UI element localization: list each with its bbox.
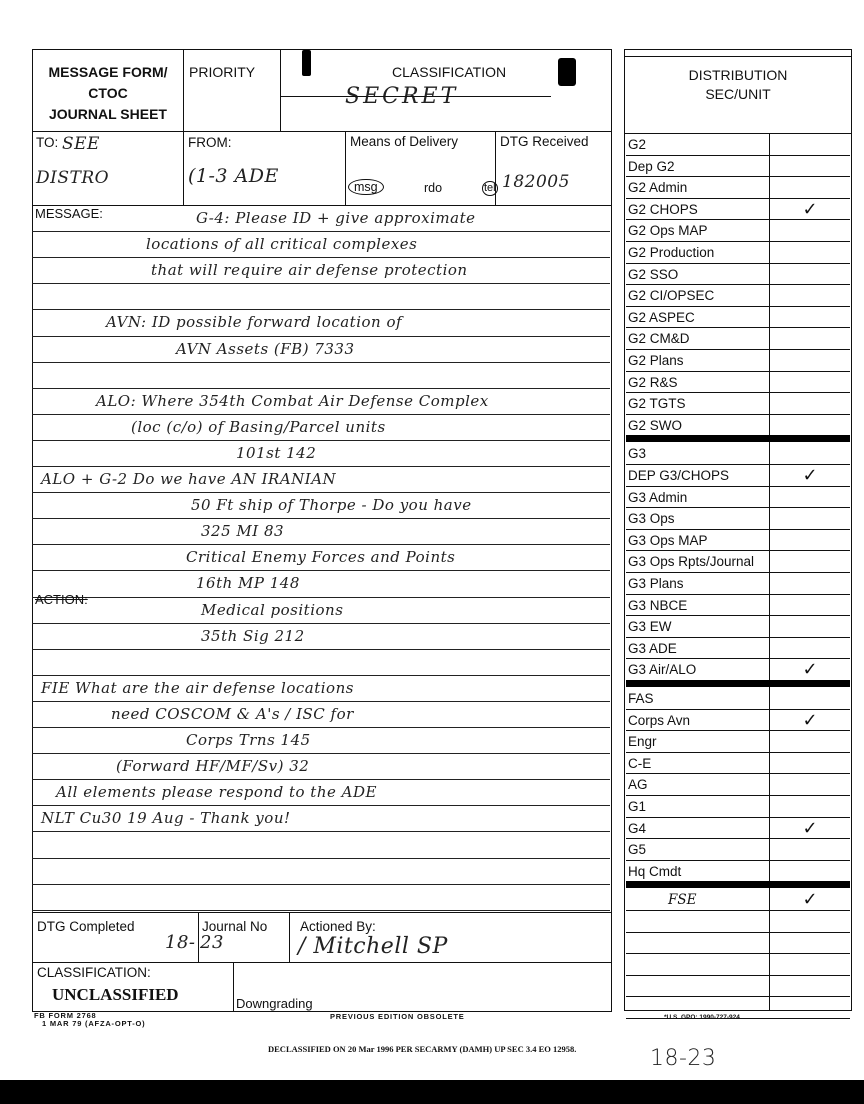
distribution-row[interactable]: G3 Ops bbox=[626, 508, 850, 530]
distribution-row[interactable]: C-E bbox=[626, 753, 850, 775]
distribution-row-label: FAS bbox=[628, 691, 654, 706]
distribution-row[interactable]: G3 Admin bbox=[626, 487, 850, 509]
checkmark-icon[interactable] bbox=[770, 997, 850, 1018]
distribution-row[interactable]: G2 ASPEC bbox=[626, 307, 850, 329]
distribution-header: DISTRIBUTION SEC/UNIT bbox=[626, 66, 850, 104]
message-line: FIE What are the air defense locations bbox=[41, 679, 354, 697]
message-rule bbox=[32, 779, 610, 780]
checkmark-icon[interactable] bbox=[770, 638, 850, 659]
message-line: 101st 142 bbox=[236, 444, 316, 462]
divider bbox=[280, 49, 281, 131]
distribution-row[interactable]: G2 TGTS bbox=[626, 393, 850, 415]
priority-label: PRIORITY bbox=[189, 64, 255, 80]
checkmark-icon[interactable] bbox=[770, 616, 850, 637]
distribution-row[interactable]: G2 Plans bbox=[626, 350, 850, 372]
message-line: All elements please respond to the ADE bbox=[56, 783, 377, 801]
group-separator bbox=[626, 881, 850, 888]
message-line: AVN: ID possible forward location of bbox=[106, 313, 402, 331]
message-rule bbox=[32, 570, 610, 571]
to-value: DISTRO bbox=[36, 168, 109, 188]
divider bbox=[233, 962, 234, 1012]
checkmark-icon[interactable] bbox=[770, 156, 850, 177]
message-label: MESSAGE: bbox=[35, 207, 103, 222]
checkmark-icon[interactable] bbox=[770, 443, 850, 464]
distribution-row-label: G1 bbox=[628, 799, 646, 814]
distribution-row[interactable]: G1 bbox=[626, 796, 850, 818]
divider bbox=[32, 962, 612, 963]
dtg-completed-value: 18- bbox=[165, 932, 196, 953]
means-rdo[interactable]: rdo bbox=[424, 181, 442, 195]
distribution-row[interactable]: G2 CI/OPSEC bbox=[626, 285, 850, 307]
checkmark-icon[interactable] bbox=[770, 861, 850, 882]
checkmark-icon[interactable] bbox=[770, 933, 850, 954]
message-rule bbox=[32, 283, 610, 284]
distribution-row-label: G3 Admin bbox=[628, 490, 687, 505]
distribution-row-label: G3 Ops bbox=[628, 511, 675, 526]
message-rule bbox=[32, 858, 610, 859]
distribution-row[interactable]: Corps Avn✓ bbox=[626, 710, 850, 732]
bottom-classification-value: UNCLASSIFIED bbox=[52, 985, 179, 1005]
message-rule bbox=[32, 362, 610, 363]
message-rule bbox=[32, 910, 610, 911]
divider bbox=[183, 49, 184, 205]
checkmark-icon[interactable] bbox=[770, 220, 850, 241]
message-rule bbox=[32, 492, 610, 493]
form-number: FB FORM 2768 1 MAR 79 (AFZA-OPT-O) bbox=[34, 1012, 145, 1028]
distribution-row-label: G3 NBCE bbox=[628, 598, 687, 613]
handwritten-number: 18-23 bbox=[650, 1046, 716, 1071]
distribution-row[interactable]: G3 NBCE bbox=[626, 595, 850, 617]
distribution-row-label: Hq Cmdt bbox=[628, 864, 681, 879]
form-title-line: CTOC bbox=[34, 83, 182, 104]
means-msg[interactable]: msg bbox=[348, 179, 384, 195]
distribution-row[interactable]: G2 R&S bbox=[626, 372, 850, 394]
message-rule bbox=[32, 727, 610, 728]
message-line: AVN Assets (FB) 7333 bbox=[176, 340, 355, 358]
redaction-mark bbox=[558, 58, 576, 86]
distribution-header-line: SEC/UNIT bbox=[626, 85, 850, 104]
checkmark-icon[interactable]: ✓ bbox=[770, 889, 850, 910]
distribution-row-label: G2 Ops MAP bbox=[628, 223, 708, 238]
message-rule bbox=[32, 388, 610, 389]
divider bbox=[32, 912, 612, 913]
distribution-row-label: G2 R&S bbox=[628, 375, 678, 390]
distribution-row-label: G2 CHOPS bbox=[628, 202, 698, 217]
message-rule bbox=[32, 884, 610, 885]
message-rule bbox=[32, 597, 610, 598]
message-line: locations of all critical complexes bbox=[146, 235, 417, 253]
message-line: ALO: Where 354th Combat Air Defense Comp… bbox=[96, 392, 489, 410]
message-line: (loc (c/o) of Basing/Parcel units bbox=[131, 418, 386, 436]
checkmark-icon[interactable] bbox=[770, 350, 850, 371]
checkmark-icon[interactable]: ✓ bbox=[770, 818, 850, 839]
distribution-row[interactable]: G2 SWO bbox=[626, 415, 850, 437]
message-rule bbox=[32, 544, 610, 545]
message-rule bbox=[32, 309, 610, 310]
classification-label: CLASSIFICATION bbox=[392, 64, 506, 80]
checkmark-icon[interactable] bbox=[770, 551, 850, 572]
checkmark-icon[interactable] bbox=[770, 839, 850, 860]
message-line: that will require air defense protection bbox=[151, 261, 468, 279]
checkmark-icon[interactable] bbox=[770, 753, 850, 774]
actioned-by-label: Actioned By: bbox=[300, 919, 376, 935]
form-title-line: JOURNAL SHEET bbox=[34, 104, 182, 125]
checkmark-icon[interactable] bbox=[770, 573, 850, 594]
message-rule bbox=[32, 414, 610, 415]
form-title: MESSAGE FORM/ CTOC JOURNAL SHEET bbox=[34, 62, 182, 125]
distribution-row[interactable] bbox=[626, 954, 850, 976]
distribution-row[interactable]: DEP G3/CHOPS✓ bbox=[626, 465, 850, 487]
message-line: G-4: Please ID + give approximate bbox=[196, 209, 476, 227]
distribution-row-label bbox=[628, 1000, 668, 1016]
from-label: FROM: bbox=[188, 135, 232, 151]
distribution-row[interactable]: G2 Ops MAP bbox=[626, 220, 850, 242]
distribution-row[interactable]: G2 CM&D bbox=[626, 328, 850, 350]
distribution-header-line: DISTRIBUTION bbox=[626, 66, 850, 85]
to-value: SEE bbox=[62, 134, 100, 154]
distribution-row-label: G2 TGTS bbox=[628, 396, 686, 411]
divider bbox=[624, 56, 852, 57]
checkmark-icon[interactable] bbox=[770, 328, 850, 349]
divider bbox=[198, 912, 199, 962]
dtg-received-label: DTG Received bbox=[500, 134, 589, 150]
checkmark-icon[interactable] bbox=[770, 177, 850, 198]
message-line: 50 Ft ship of Thorpe - Do you have bbox=[191, 496, 472, 514]
distribution-row[interactable]: G5 bbox=[626, 839, 850, 861]
action-label: ACTION: bbox=[35, 593, 88, 608]
distribution-row[interactable]: G2 CHOPS✓ bbox=[626, 199, 850, 221]
checkmark-icon[interactable] bbox=[770, 134, 850, 155]
checkmark-icon[interactable] bbox=[770, 595, 850, 616]
distribution-row-label: FSE bbox=[628, 892, 696, 908]
journal-no-value: 23 bbox=[200, 932, 224, 953]
scan-edge-bar bbox=[0, 1080, 864, 1104]
dtg-completed-label: DTG Completed bbox=[37, 919, 135, 935]
checkmark-icon[interactable]: ✓ bbox=[770, 199, 850, 220]
downgrading-label: Downgrading bbox=[236, 997, 313, 1012]
distribution-row[interactable] bbox=[626, 911, 850, 933]
checkmark-icon[interactable]: ✓ bbox=[770, 465, 850, 486]
distribution-row-label: G4 bbox=[628, 821, 646, 836]
distribution-row-label: G2 Plans bbox=[628, 353, 684, 368]
distribution-row-label bbox=[628, 914, 668, 930]
distribution-row-label: Dep G2 bbox=[628, 159, 675, 174]
declassified-note: DECLASSIFIED ON 20 Mar 1996 PER SECARMY … bbox=[268, 1045, 576, 1055]
message-rule bbox=[32, 831, 610, 832]
distribution-row-label: G3 EW bbox=[628, 619, 672, 634]
checkmark-icon[interactable] bbox=[770, 774, 850, 795]
divider bbox=[345, 131, 346, 205]
distribution-row-label: G2 ASPEC bbox=[628, 310, 695, 325]
distribution-row[interactable]: Dep G2 bbox=[626, 156, 850, 178]
distribution-row-label: G3 Air/ALO bbox=[628, 662, 696, 677]
distribution-row[interactable]: G3 ADE bbox=[626, 638, 850, 660]
distribution-row-label: G2 bbox=[628, 137, 646, 152]
redaction-mark bbox=[302, 50, 311, 76]
checkmark-icon[interactable] bbox=[770, 372, 850, 393]
message-rule bbox=[32, 518, 610, 519]
checkmark-icon[interactable]: ✓ bbox=[770, 659, 850, 680]
checkmark-icon[interactable] bbox=[770, 264, 850, 285]
message-rule bbox=[32, 675, 610, 676]
distribution-row[interactable]: G3 Plans bbox=[626, 573, 850, 595]
distribution-row-label: G2 CI/OPSEC bbox=[628, 288, 714, 303]
distribution-row-label: G2 SSO bbox=[628, 267, 678, 282]
checkmark-icon[interactable] bbox=[770, 688, 850, 709]
distribution-row[interactable] bbox=[626, 933, 850, 955]
distribution-row-label: AG bbox=[628, 777, 648, 792]
message-rule bbox=[32, 231, 610, 232]
to-label: TO: bbox=[36, 135, 58, 151]
distribution-row-label: G3 ADE bbox=[628, 641, 677, 656]
checkmark-icon[interactable] bbox=[770, 242, 850, 263]
message-line: 35th Sig 212 bbox=[201, 627, 305, 645]
divider bbox=[289, 912, 290, 962]
previous-edition-note: PREVIOUS EDITION OBSOLETE bbox=[330, 1013, 465, 1022]
checkmark-icon[interactable] bbox=[770, 954, 850, 975]
distribution-row[interactable]: FAS bbox=[626, 688, 850, 710]
distribution-row[interactable]: G2 Production bbox=[626, 242, 850, 264]
distribution-row-label: Corps Avn bbox=[628, 713, 690, 728]
message-line: 16th MP 148 bbox=[196, 574, 300, 592]
distribution-row-label bbox=[628, 957, 668, 973]
divider bbox=[32, 131, 612, 132]
distribution-row-label: G2 Admin bbox=[628, 180, 687, 195]
distribution-row[interactable]: G2 bbox=[626, 134, 850, 156]
message-rule bbox=[32, 753, 610, 754]
group-separator bbox=[626, 435, 850, 442]
distribution-row-label bbox=[628, 936, 668, 952]
means-of-delivery-label: Means of Delivery bbox=[350, 134, 458, 150]
strike-through bbox=[281, 96, 551, 97]
distribution-row[interactable]: G3 Ops Rpts/Journal bbox=[626, 551, 850, 573]
dtg-received-value: 182005 bbox=[502, 172, 570, 192]
distribution-row-label: G2 SWO bbox=[628, 418, 682, 433]
checkmark-icon[interactable] bbox=[770, 415, 850, 436]
message-line: (Forward HF/MF/Sv) 32 bbox=[116, 757, 309, 775]
distribution-row-label: G3 Plans bbox=[628, 576, 684, 591]
distribution-row-label: G2 Production bbox=[628, 245, 714, 260]
message-line: 325 MI 83 bbox=[201, 522, 284, 540]
message-line: ALO + G-2 Do we have AN IRANIAN bbox=[41, 470, 336, 488]
checkmark-icon[interactable] bbox=[770, 796, 850, 817]
distribution-row[interactable] bbox=[626, 976, 850, 998]
distribution-row[interactable]: G3 Air/ALO✓ bbox=[626, 659, 850, 681]
from-value: (1-3 ADE bbox=[188, 165, 279, 187]
distribution-row-label: DEP G3/CHOPS bbox=[628, 468, 729, 483]
form-number-line: 1 MAR 79 (AFZA-OPT-O) bbox=[34, 1020, 145, 1028]
distribution-row[interactable]: G3 bbox=[626, 443, 850, 465]
message-rule bbox=[32, 805, 610, 806]
checkmark-icon[interactable] bbox=[770, 508, 850, 529]
message-rule bbox=[32, 701, 610, 702]
distribution-row-label: G3 bbox=[628, 446, 646, 461]
distribution-row-label: G5 bbox=[628, 842, 646, 857]
message-rule bbox=[32, 257, 610, 258]
distribution-row[interactable]: G3 Ops MAP bbox=[626, 530, 850, 552]
distribution-row[interactable]: AG bbox=[626, 774, 850, 796]
checkmark-icon[interactable] bbox=[770, 285, 850, 306]
bottom-classification-label: CLASSIFICATION: bbox=[37, 965, 151, 981]
checkmark-icon[interactable]: ✓ bbox=[770, 710, 850, 731]
message-line: Corps Trns 145 bbox=[186, 731, 311, 749]
gpo-note: *U.S. GPO: 1990-727-924 bbox=[664, 1014, 740, 1021]
distribution-row-label: C-E bbox=[628, 756, 651, 771]
checkmark-icon[interactable] bbox=[770, 530, 850, 551]
checkmark-icon[interactable] bbox=[770, 393, 850, 414]
divider bbox=[32, 205, 612, 206]
message-form bbox=[32, 49, 612, 1012]
checkmark-icon[interactable] bbox=[770, 487, 850, 508]
message-rule bbox=[32, 466, 610, 467]
distribution-row-label: G3 Ops MAP bbox=[628, 533, 708, 548]
checkmark-icon[interactable] bbox=[770, 307, 850, 328]
message-rule bbox=[32, 649, 610, 650]
distribution-row-label: G3 Ops Rpts/Journal bbox=[628, 554, 754, 569]
distribution-row[interactable]: G3 EW bbox=[626, 616, 850, 638]
means-tel[interactable]: tel bbox=[482, 181, 498, 196]
actioned-by-signature: / Mitchell SP bbox=[298, 934, 448, 959]
message-line: NLT Cu30 19 Aug - Thank you! bbox=[41, 809, 291, 827]
distribution-row-label: G2 CM&D bbox=[628, 331, 690, 346]
checkmark-icon[interactable] bbox=[770, 731, 850, 752]
form-title-line: MESSAGE FORM/ bbox=[34, 62, 182, 83]
checkmark-icon[interactable] bbox=[770, 976, 850, 997]
distribution-row[interactable]: G2 SSO bbox=[626, 264, 850, 286]
message-line: Medical positions bbox=[201, 601, 343, 619]
message-line: need COSCOM & A's / ISC for bbox=[111, 705, 354, 723]
distribution-row[interactable]: Hq Cmdt bbox=[626, 861, 850, 883]
checkmark-icon[interactable] bbox=[770, 911, 850, 932]
group-separator bbox=[626, 680, 850, 687]
distribution-row[interactable]: G4✓ bbox=[626, 818, 850, 840]
message-rule bbox=[32, 623, 610, 624]
distribution-row[interactable]: FSE✓ bbox=[626, 889, 850, 911]
message-rule bbox=[32, 440, 610, 441]
message-rule bbox=[32, 336, 610, 337]
message-line: Critical Enemy Forces and Points bbox=[186, 548, 455, 566]
distribution-row[interactable]: Engr bbox=[626, 731, 850, 753]
distribution-row-label: Engr bbox=[628, 734, 657, 749]
distribution-row-label bbox=[628, 979, 668, 995]
distribution-row[interactable]: G2 Admin bbox=[626, 177, 850, 199]
